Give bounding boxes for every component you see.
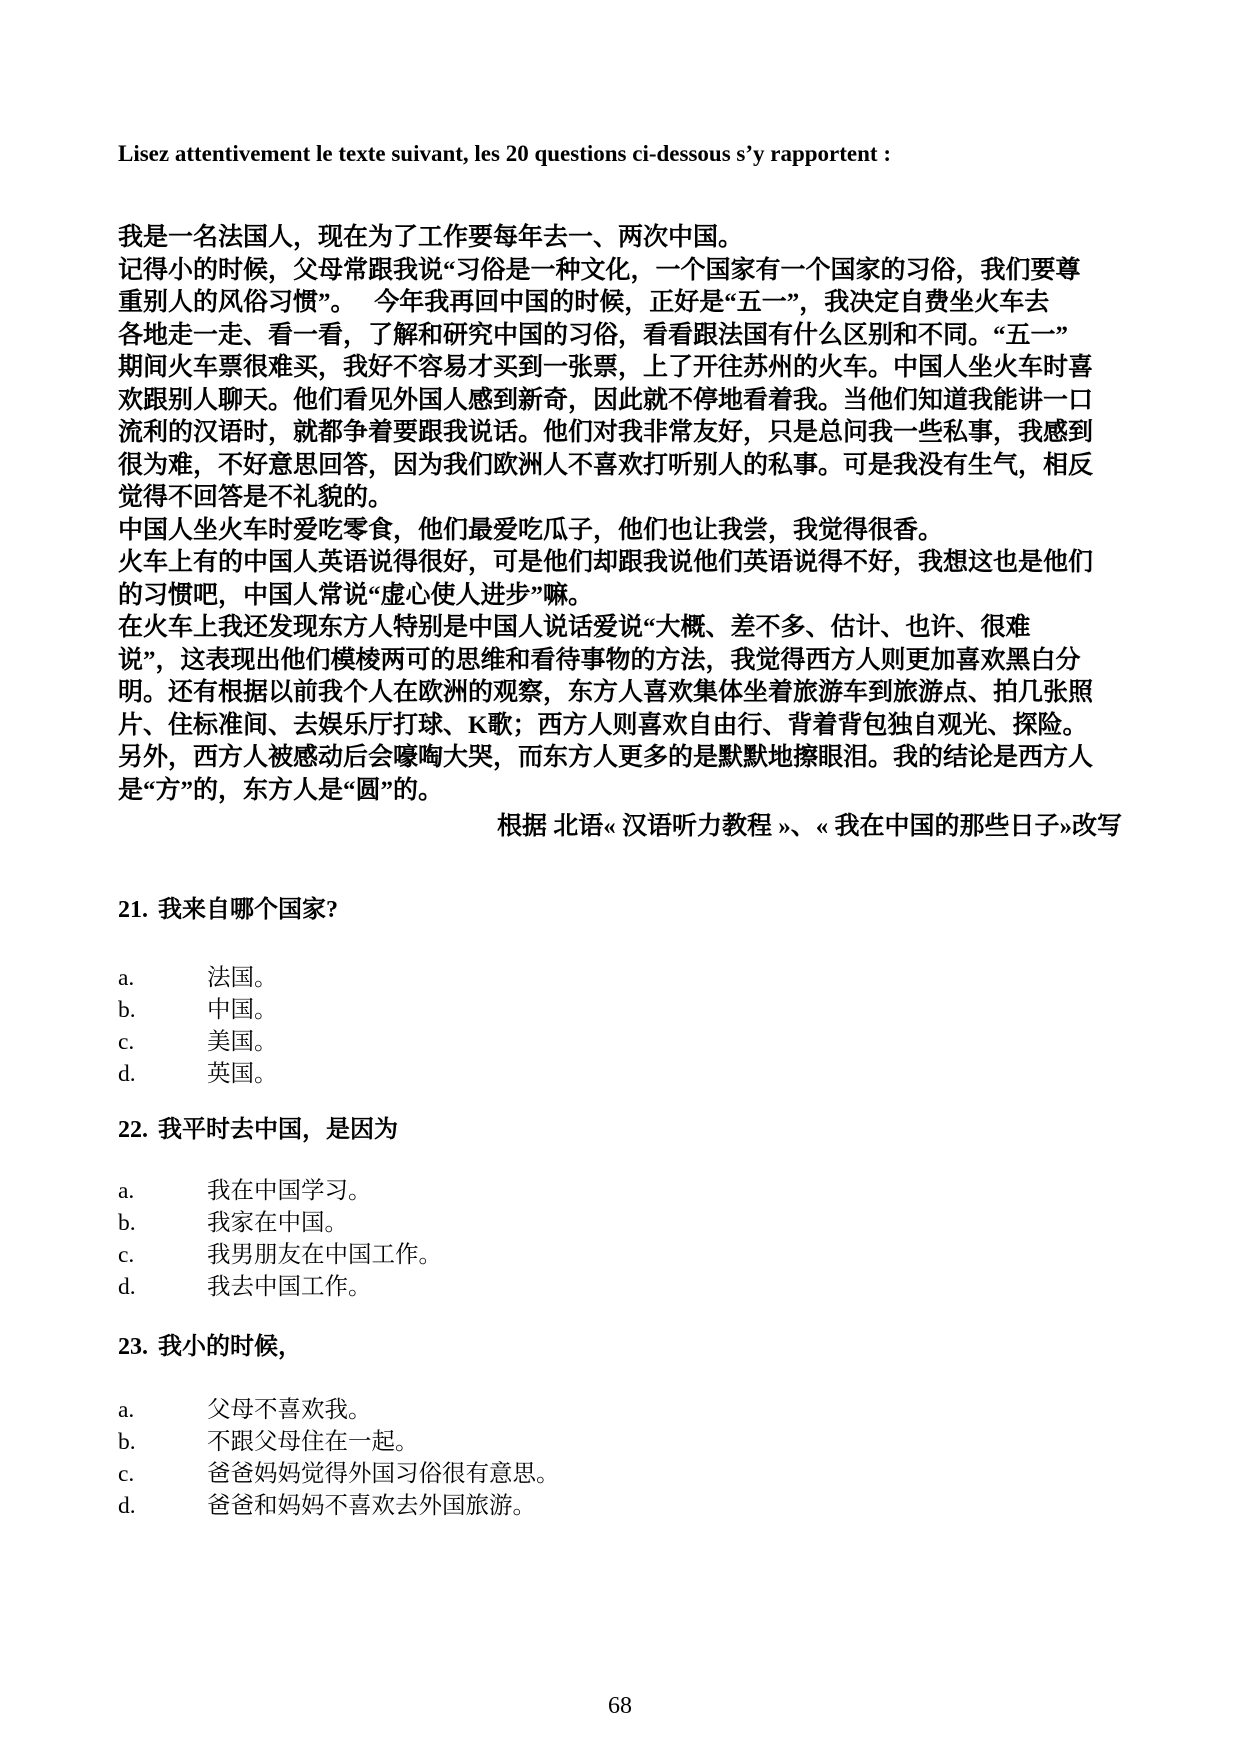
option-row: b.不跟父母住在一起。 bbox=[118, 1426, 1122, 1458]
question-22-header: 22.我平时去中国，是因为 bbox=[118, 1115, 1122, 1145]
option-text: 我在中国学习。 bbox=[207, 1175, 372, 1207]
option-row: a.我在中国学习。 bbox=[118, 1175, 1122, 1207]
option-letter: b. bbox=[118, 994, 207, 1026]
option-text: 我男朋友在中国工作。 bbox=[207, 1239, 442, 1271]
passage-line: 火车上有的中国人英语说得很好，可是他们却跟我说他们英语说得不好，我想这也是他们 bbox=[118, 547, 1122, 580]
option-row: a.父母不喜欢我。 bbox=[118, 1394, 1122, 1426]
option-row: a.法国。 bbox=[118, 962, 1122, 994]
option-letter: c. bbox=[118, 1026, 207, 1058]
passage-line: 重别人的风俗习惯”。 今年我再回中国的时候，正好是“五一”，我决定自费坐火车去 bbox=[118, 287, 1122, 320]
option-letter: a. bbox=[118, 1394, 207, 1426]
passage-line: 各地走一走、看一看，了解和研究中国的习俗，看看跟法国有什么区别和不同。“五一” bbox=[118, 320, 1122, 353]
option-text: 不跟父母住在一起。 bbox=[207, 1426, 419, 1458]
option-letter: d. bbox=[118, 1271, 207, 1303]
passage-line: 明。还有根据以前我个人在欧洲的观察，东方人喜欢集体坐着旅游车到旅游点、拍几张照 bbox=[118, 677, 1122, 710]
passage-line: 中国人坐火车时爱吃零食，他们最爱吃瓜子，他们也让我尝，我觉得很香。 bbox=[118, 515, 1122, 548]
passage-line: 很为难，不好意思回答，因为我们欧洲人不喜欢打听别人的私事。可是我没有生气，相反 bbox=[118, 450, 1122, 483]
option-text: 父母不喜欢我。 bbox=[207, 1394, 372, 1426]
option-text: 法国。 bbox=[207, 962, 278, 994]
passage-line: 我是一名法国人，现在为了工作要每年去一、两次中国。 bbox=[118, 222, 1122, 255]
passage-line: 是“方”的，东方人是“圆”的。 bbox=[118, 775, 1122, 808]
option-letter: b. bbox=[118, 1207, 207, 1239]
page-number: 68 bbox=[0, 1692, 1240, 1720]
question-21-header: 21.我来自哪个国家? bbox=[118, 895, 1122, 925]
question-22-options: a.我在中国学习。 b.我家在中国。 c.我男朋友在中国工作。 d.我去中国工作… bbox=[118, 1175, 1122, 1303]
question-21-options: a.法国。 b.中国。 c.美国。 d.英国。 bbox=[118, 962, 1122, 1090]
option-letter: b. bbox=[118, 1426, 207, 1458]
passage-line: 流利的汉语时，就都争着要跟我说话。他们对我非常友好，只是总问我一些私事，我感到 bbox=[118, 417, 1122, 450]
question-23-header: 23.我小的时候， bbox=[118, 1332, 1122, 1362]
option-letter: d. bbox=[118, 1490, 207, 1522]
french-instruction: Lisez attentivement le texte suivant, le… bbox=[118, 140, 1122, 167]
option-text: 爸爸和妈妈不喜欢去外国旅游。 bbox=[207, 1490, 536, 1522]
passage-line: 欢跟别人聊天。他们看见外国人感到新奇，因此就不停地看着我。当他们知道我能讲一口 bbox=[118, 385, 1122, 418]
option-row: d.我去中国工作。 bbox=[118, 1271, 1122, 1303]
option-letter: c. bbox=[118, 1239, 207, 1271]
option-row: c.我男朋友在中国工作。 bbox=[118, 1239, 1122, 1271]
passage-line: 另外，西方人被感动后会嚎啕大哭，而东方人更多的是默默地擦眼泪。我的结论是西方人 bbox=[118, 742, 1122, 775]
source-attribution: 根据 北语« 汉语听力教程 »、« 我在中国的那些日子»改写 bbox=[118, 811, 1122, 844]
option-row: b.中国。 bbox=[118, 994, 1122, 1026]
passage-line: 片、住标准间、去娱乐厅打球、K歌；西方人则喜欢自由行、背着背包独自观光、探险。 bbox=[118, 710, 1122, 743]
option-letter: d. bbox=[118, 1058, 207, 1090]
option-text: 我去中国工作。 bbox=[207, 1271, 372, 1303]
question-22-text: 我平时去中国，是因为 bbox=[158, 1117, 398, 1143]
option-row: d.英国。 bbox=[118, 1058, 1122, 1090]
passage-line: 期间火车票很难买，我好不容易才买到一张票，上了开往苏州的火车。中国人坐火车时喜 bbox=[118, 352, 1122, 385]
option-row: d.爸爸和妈妈不喜欢去外国旅游。 bbox=[118, 1490, 1122, 1522]
passage-line: 在火车上我还发现东方人特别是中国人说话爱说“大概、差不多、估计、也许、很难 bbox=[118, 612, 1122, 645]
page-content: Lisez attentivement le texte suivant, le… bbox=[118, 0, 1122, 1522]
option-text: 我家在中国。 bbox=[207, 1207, 348, 1239]
option-text: 爸爸妈妈觉得外国习俗很有意思。 bbox=[207, 1458, 560, 1490]
option-letter: a. bbox=[118, 962, 207, 994]
option-text: 美国。 bbox=[207, 1026, 278, 1058]
question-23-text: 我小的时候， bbox=[158, 1334, 302, 1360]
option-row: c.爸爸妈妈觉得外国习俗很有意思。 bbox=[118, 1458, 1122, 1490]
passage-line: 说”，这表现出他们模棱两可的思维和看待事物的方法，我觉得西方人则更加喜欢黑白分 bbox=[118, 645, 1122, 678]
question-23-options: a.父母不喜欢我。 b.不跟父母住在一起。 c.爸爸妈妈觉得外国习俗很有意思。 … bbox=[118, 1394, 1122, 1522]
exam-page: Lisez attentivement le texte suivant, le… bbox=[0, 0, 1240, 1754]
option-row: c.美国。 bbox=[118, 1026, 1122, 1058]
option-text: 英国。 bbox=[207, 1058, 278, 1090]
question-21-number: 21. bbox=[118, 897, 148, 923]
passage-line: 记得小的时候，父母常跟我说“习俗是一种文化，一个国家有一个国家的习俗，我们要尊 bbox=[118, 255, 1122, 288]
passage-line: 的习惯吧，中国人常说“虚心使人进步”嘛。 bbox=[118, 580, 1122, 613]
reading-passage: 我是一名法国人，现在为了工作要每年去一、两次中国。 记得小的时候，父母常跟我说“… bbox=[118, 222, 1122, 807]
passage-line: 觉得不回答是不礼貌的。 bbox=[118, 482, 1122, 515]
question-23-number: 23. bbox=[118, 1334, 148, 1360]
option-row: b.我家在中国。 bbox=[118, 1207, 1122, 1239]
option-letter: a. bbox=[118, 1175, 207, 1207]
question-22-number: 22. bbox=[118, 1117, 148, 1143]
question-21-text: 我来自哪个国家? bbox=[158, 897, 338, 923]
option-text: 中国。 bbox=[207, 994, 278, 1026]
option-letter: c. bbox=[118, 1458, 207, 1490]
